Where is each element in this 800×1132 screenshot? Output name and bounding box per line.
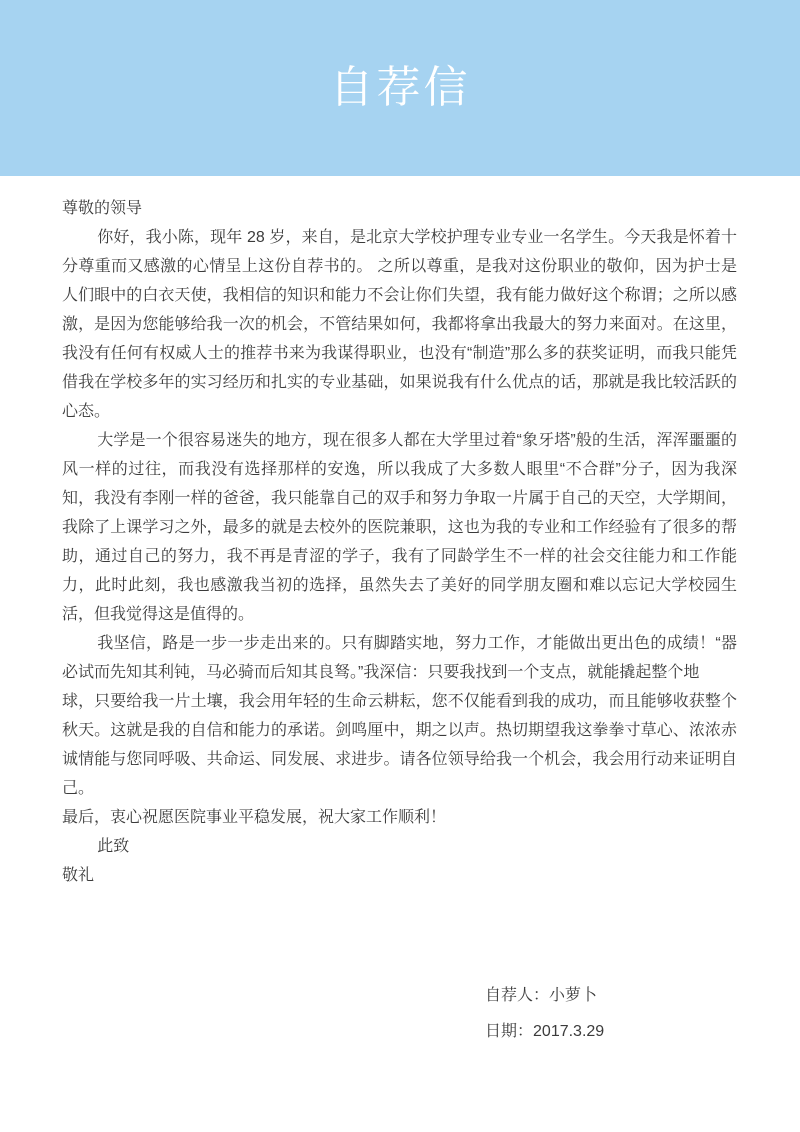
signature-date: 2017.3.29: [533, 1023, 604, 1040]
paragraph-intro: 你好，我小陈，现年 28 岁，来自，是北京大学校护理专业专业一名学生。今天我是怀…: [62, 223, 737, 426]
closing-cizhi: 此致: [62, 832, 737, 861]
closing-jingli: 敬礼: [62, 861, 737, 890]
signature-block: 自荐人：小萝卜 日期：2017.3.29: [485, 978, 645, 1050]
signature-date-label: 日期：: [485, 1023, 533, 1040]
page-title: 自荐信: [330, 66, 471, 110]
signature-spacer: [62, 890, 737, 978]
letter-header-banner: 自荐信: [0, 0, 800, 176]
signature-name-line: 自荐人：小萝卜: [485, 978, 645, 1014]
salutation: 尊敬的领导: [62, 194, 737, 223]
signature-name-label: 自荐人：: [485, 987, 549, 1004]
signature-name: 小萝卜: [549, 987, 597, 1004]
paragraph-belief-continued: 球，只要给我一片土壤，我会用年轻的生命云耕耘，您不仅能看到我的成功，而且能够收获…: [62, 687, 737, 803]
letter-body: 尊敬的领导 你好，我小陈，现年 28 岁，来自，是北京大学校护理专业专业一名学生…: [0, 176, 800, 1050]
paragraph-university: 大学是一个很容易迷失的地方，现在很多人都在大学里过着“象牙塔”般的生活，浑浑噩噩…: [62, 426, 737, 629]
signature-date-line: 日期：2017.3.29: [485, 1014, 645, 1050]
paragraph-final-wish: 最后，衷心祝愿医院事业平稳发展，祝大家工作顺利！: [62, 803, 737, 832]
paragraph-belief: 我坚信，路是一步一步走出来的。只有脚踏实地，努力工作，才能做出更出色的成绩！“器…: [62, 629, 737, 687]
letter-page: 自荐信 尊敬的领导 你好，我小陈，现年 28 岁，来自，是北京大学校护理专业专业…: [0, 0, 800, 1132]
